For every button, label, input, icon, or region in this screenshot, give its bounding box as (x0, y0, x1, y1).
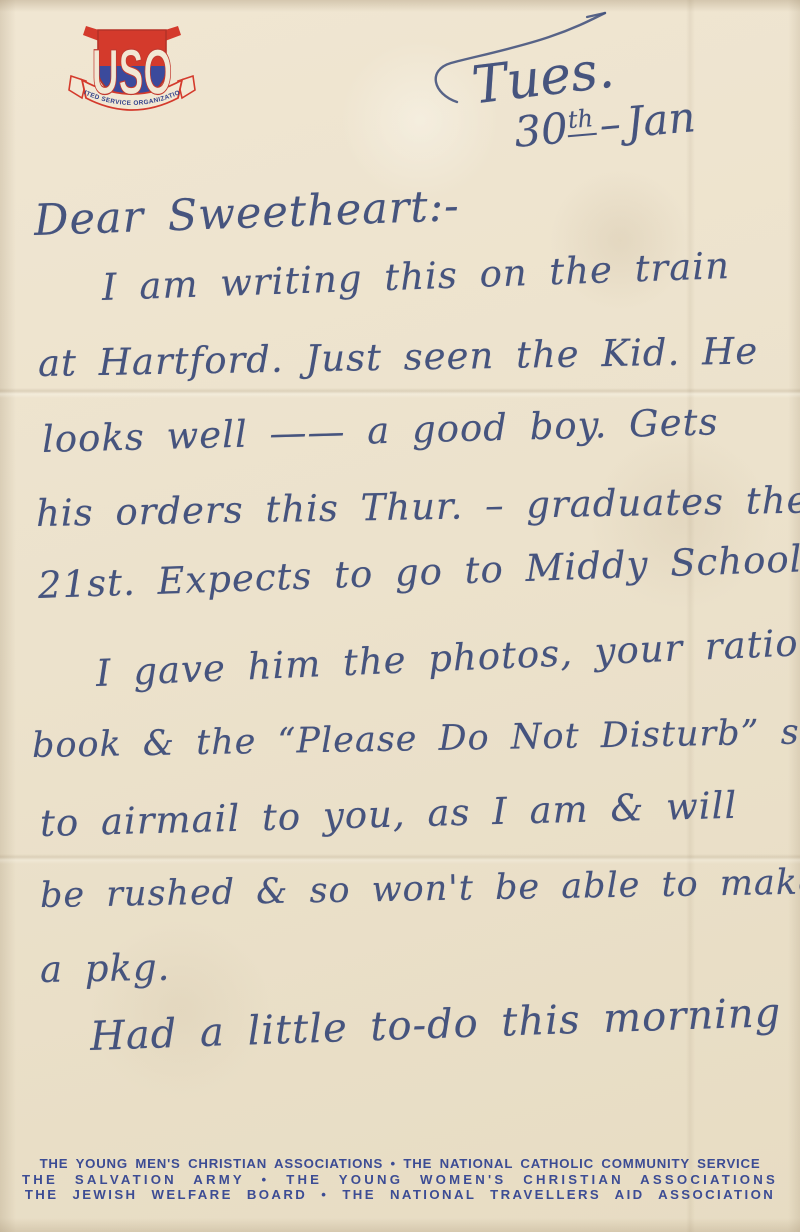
letter-line: I am writing this on the train (101, 244, 730, 309)
letter-line: his orders this Thur. – graduates the (36, 479, 800, 535)
footer-line: THE YOUNG MEN'S CHRISTIAN ASSOCIATIONS •… (0, 1156, 800, 1172)
footer-line: THE SALVATION ARMY • THE YOUNG WOMEN'S C… (0, 1172, 800, 1188)
date-day: 30 (512, 103, 570, 156)
letterhead-footer: THE YOUNG MEN'S CHRISTIAN ASSOCIATIONS •… (0, 1156, 800, 1203)
letter-line: a pkg. (40, 946, 171, 991)
letter-line: looks well —— a good boy. Gets (41, 400, 719, 461)
letter-line: be rushed & so won't be able to make (40, 862, 800, 916)
letter-line: I gave him the photos, your ration (95, 620, 800, 695)
date-month: Jan (624, 92, 697, 147)
letter-line: book & the “Please Do Not Disturb” sign (32, 712, 800, 766)
letter-line: Had a little to-do this morning (89, 990, 782, 1060)
letter-line: 21st. Expects to go to Middy School (37, 537, 800, 607)
salutation: Dear Sweetheart:- (33, 181, 460, 246)
date-ordinal: th (566, 104, 597, 137)
letter-line: at Hartford. Just seen the Kid. He (38, 329, 759, 385)
date-dash: – (597, 99, 622, 150)
letter-page: USO UNITED SERVICE ORGANIZATIONS Tues. 3… (0, 0, 800, 1232)
uso-logo-icon: USO UNITED SERVICE ORGANIZATIONS (68, 24, 196, 126)
letter-line: to airmail to you, as I am & will (39, 784, 737, 845)
footer-line: THE JEWISH WELFARE BOARD • THE NATIONAL … (0, 1187, 800, 1203)
